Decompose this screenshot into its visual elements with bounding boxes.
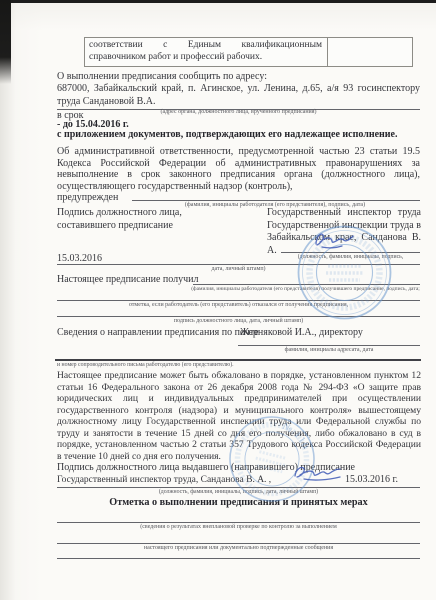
qualification-table-cell-empty — [328, 38, 412, 66]
mail-label: Сведения о направлении предписания по по… — [57, 327, 262, 340]
deadline-attachment-line: с приложением документов, подтверждающих… — [57, 129, 420, 142]
received-line-3 — [57, 307, 420, 317]
composer-signature-line — [281, 243, 420, 253]
received-signature-line — [193, 275, 420, 285]
execution-line-3 — [57, 550, 420, 559]
appeal-paragraph: Настоящее предписание может быть обжалов… — [57, 370, 421, 462]
report-intro-line: О выполнении предписания сообщить по адр… — [57, 71, 420, 84]
execution-line-2 — [57, 534, 420, 544]
scan-edge-left — [0, 0, 11, 84]
execution-caption-1: (сведения о результатах внеплановой пров… — [57, 524, 420, 531]
admin-responsibility-paragraph: Об административной ответственности, пре… — [57, 146, 420, 193]
received-label: Настоящее предписание получил — [57, 274, 199, 287]
scan-edge-top — [0, 0, 436, 3]
date-caption: дата, личный штамп) — [57, 266, 420, 273]
mail-thick-line — [55, 351, 421, 361]
date-line — [57, 255, 420, 265]
qualification-table-fragment: соответствии с Единым квалификационным с… — [84, 37, 413, 67]
issuer-label: Подпись должностного лица выдавшего (нап… — [57, 462, 420, 475]
qualification-table-cell-text: соответствии с Единым квалификационным с… — [85, 38, 328, 66]
issuer-caption: (должность, фамилия, инициалы, подпись, … — [57, 489, 420, 496]
mail-caption-2: и номер сопроводительного письма работод… — [57, 362, 377, 369]
scanned-document-sheet: соответствии с Единым квалификационным с… — [0, 0, 436, 600]
issuer-signature-line — [57, 478, 420, 488]
report-address-caption: (адрес органа, должностного лица, вручен… — [57, 109, 420, 116]
composer-label: Подпись должностного лица, составившего … — [57, 207, 242, 232]
received-line-2 — [57, 291, 420, 301]
warned-label: предупрежден — [57, 192, 118, 205]
mail-line — [238, 336, 420, 346]
execution-mark-heading: Отметка о выполнении предписания и приня… — [57, 497, 420, 510]
warned-signature-line — [132, 192, 420, 201]
execution-line-1 — [57, 513, 420, 523]
received-caption-3: подпись должностного лица, дата, личный … — [57, 318, 420, 325]
report-address: 687000, Забайкальский край, п. Агинское,… — [57, 83, 420, 110]
